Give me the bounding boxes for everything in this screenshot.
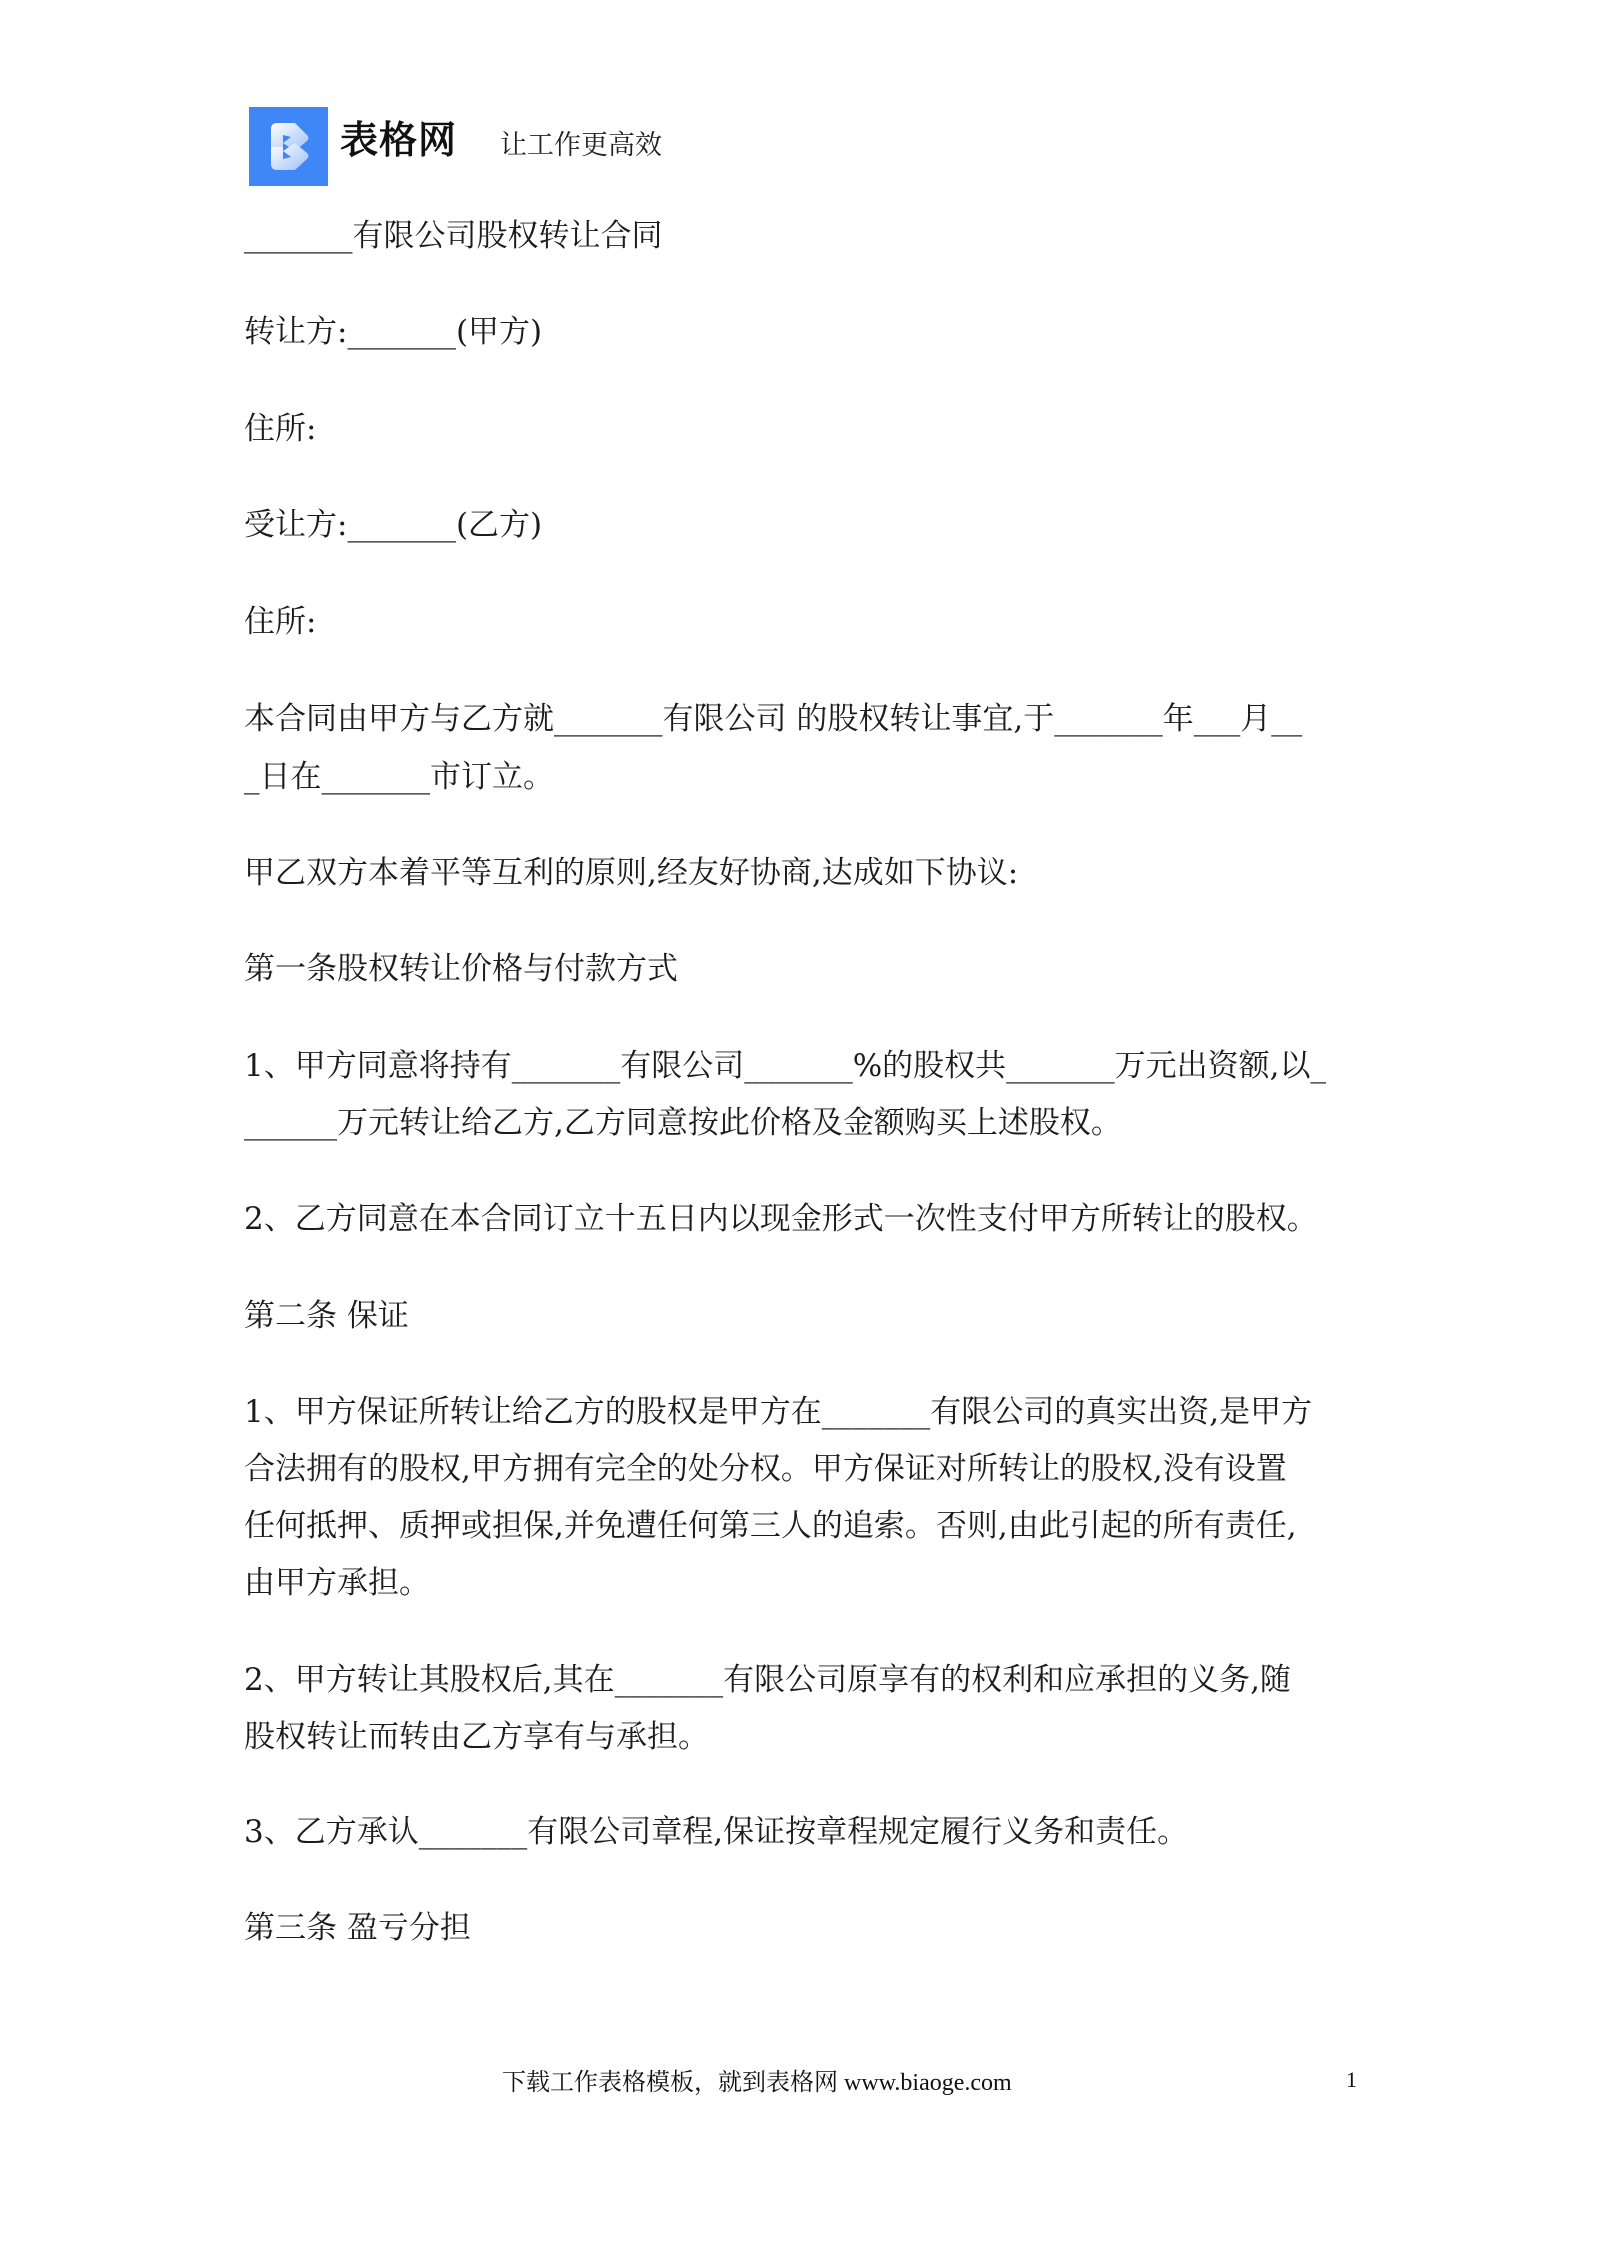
article-1-clause-1-line-1: 1、甲方同意将持有_______有限公司_______%的股权共_______万… xyxy=(244,1046,1326,1086)
biaoge-logo xyxy=(249,107,328,186)
footer-text: 下载工作表格模板，就到表格网 www.biaoge.com xyxy=(502,2068,1012,2098)
preamble-line-1: 本合同由甲方与乙方就_______有限公司 的股权转让事宜,于_______年_… xyxy=(244,699,1302,739)
transferee-address: 住所: xyxy=(244,602,316,642)
brand-slogan: 让工作更高效 xyxy=(500,130,662,162)
article-2-clause-2-line-1: 2、甲方转让其股权后,其在_______有限公司原享有的权利和应承担的义务,随 xyxy=(244,1660,1291,1700)
document-title: _______有限公司股权转让合同 xyxy=(244,216,663,256)
transferor-address: 住所: xyxy=(244,409,316,449)
article-2-heading: 第二条 保证 xyxy=(244,1296,409,1336)
article-2-clause-1-line-1: 1、甲方保证所转让给乙方的股权是甲方在_______有限公司的真实出资,是甲方 xyxy=(244,1392,1312,1432)
article-2-clause-2-line-2: 股权转让而转由乙方享有与承担。 xyxy=(244,1717,709,1757)
article-2-clause-1-line-4: 由甲方承担。 xyxy=(244,1563,430,1603)
transferor-line: 转让方:_______(甲方) xyxy=(244,312,542,352)
article-1-clause-2: 2、乙方同意在本合同订立十五日内以现金形式一次性支付甲方所转让的股权。 xyxy=(244,1199,1318,1239)
preamble-line-2: _日在_______市订立。 xyxy=(244,757,554,797)
article-1-heading: 第一条股权转让价格与付款方式 xyxy=(244,949,678,989)
article-3-heading: 第三条 盈亏分担 xyxy=(244,1908,471,1948)
page-number: 1 xyxy=(1346,2066,1357,2094)
agreement-intro: 甲乙双方本着平等互利的原则,经友好协商,达成如下协议: xyxy=(244,853,1018,893)
article-2-clause-1-line-2: 合法拥有的股权,甲方拥有完全的处分权。甲方保证对所转让的股权,没有设置 xyxy=(244,1449,1287,1489)
article-2-clause-3: 3、乙方承认_______有限公司章程,保证按章程规定履行义务和责任。 xyxy=(244,1812,1188,1852)
logo-icon xyxy=(249,107,328,186)
article-2-clause-1-line-3: 任何抵押、质押或担保,并免遭任何第三人的追索。否则,由此引起的所有责任, xyxy=(244,1506,1297,1546)
article-1-clause-1-line-2: ______万元转让给乙方,乙方同意按此价格及金额购买上述股权。 xyxy=(244,1103,1122,1143)
brand-name: 表格网 xyxy=(340,118,457,162)
transferee-line: 受让方:_______(乙方) xyxy=(244,505,542,545)
